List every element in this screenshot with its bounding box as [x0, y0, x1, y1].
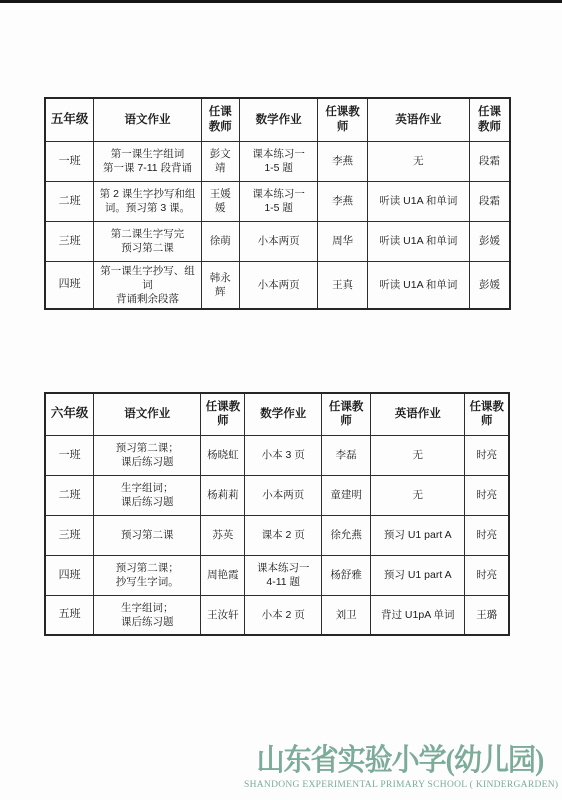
class-label-cell: 一班 — [45, 435, 94, 475]
teacher-cell: 韩永辉 — [201, 261, 239, 309]
math-homework-cell: 小本两页 — [245, 475, 322, 515]
teacher-cell: 童建明 — [322, 475, 371, 515]
grade-label-cell: 六年级 — [45, 393, 94, 435]
english-homework-cell: 无 — [371, 435, 465, 475]
teacher-cell: 李燕 — [318, 181, 367, 221]
teacher-cell: 时亮 — [465, 515, 509, 555]
teacher-cell: 段霜 — [470, 141, 511, 181]
header-cell: 任课 教师 — [470, 98, 511, 141]
teacher-cell: 李燕 — [318, 141, 367, 181]
class-label-cell: 二班 — [45, 475, 94, 515]
class-label-cell: 四班 — [45, 555, 94, 595]
chinese-homework-cell: 预习第二课； 课后练习题 — [94, 435, 201, 475]
header-cell: 语文作业 — [94, 393, 201, 435]
grade5-homework-table: 五年级 语文作业 任课 教师 数学作业 任课教 师 英语作业 任课 教师 一班 … — [44, 97, 511, 310]
chinese-homework-cell: 预习第二课 — [94, 515, 201, 555]
header-cell: 数学作业 — [245, 393, 322, 435]
table-row: 四班 第一课生字抄写、组词 背诵剩余段落 韩永辉 小本两页 王真 听读 U1A … — [45, 261, 510, 309]
table-row: 四班 预习第二课； 抄写生字词。 周艳霞 课本练习一 4-11 题 杨舒雅 预习… — [45, 555, 509, 595]
table-row: 二班 第 2 课生字抄写和组 词。预习第 3 课。 王媛媛 课本练习一 1-5 … — [45, 181, 510, 221]
teacher-cell: 李磊 — [322, 435, 371, 475]
english-homework-cell: 听读 U1A 和单词 — [367, 221, 469, 261]
header-cell: 英语作业 — [371, 393, 465, 435]
header-cell: 任课教 师 — [465, 393, 509, 435]
header-cell: 英语作业 — [367, 98, 469, 141]
chinese-homework-cell: 预习第二课； 抄写生字词。 — [94, 555, 201, 595]
english-homework-cell: 听读 U1A 和单词 — [367, 261, 469, 309]
class-label-cell: 五班 — [45, 595, 94, 635]
teacher-cell: 刘卫 — [322, 595, 371, 635]
school-logo: 山东省实验小学(幼儿园) SHANDONG EXPERIMENTAL PRIMA… — [244, 738, 556, 790]
english-homework-cell: 无 — [367, 141, 469, 181]
table-row: 一班 第一课生字组词 第一课 7-11 段背诵 彭文靖 课本练习一 1-5 题 … — [45, 141, 510, 181]
english-homework-cell: 听读 U1A 和单词 — [367, 181, 469, 221]
math-homework-cell: 小本 2 页 — [245, 595, 322, 635]
math-homework-cell: 课本 2 页 — [245, 515, 322, 555]
grade-label-cell: 五年级 — [45, 98, 94, 141]
header-cell: 数学作业 — [239, 98, 318, 141]
teacher-cell: 徐萌 — [201, 221, 239, 261]
math-homework-cell: 课本练习一 1-5 题 — [239, 141, 318, 181]
teacher-cell: 段霜 — [470, 181, 511, 221]
teacher-cell: 彭文靖 — [201, 141, 239, 181]
school-name-chinese: 山东省实验小学(幼儿园) — [244, 736, 556, 779]
english-homework-cell: 背过 U1pA 单词 — [371, 595, 465, 635]
english-homework-cell: 无 — [371, 475, 465, 515]
table-row: 五班 生字组词； 课后练习题 王汝轩 小本 2 页 刘卫 背过 U1pA 单词 … — [45, 595, 509, 635]
table-header-row: 六年级 语文作业 任课教 师 数学作业 任课教 师 英语作业 任课教 师 — [45, 393, 509, 435]
chinese-homework-cell: 第二课生字写完 预习第二课 — [94, 221, 201, 261]
class-label-cell: 三班 — [45, 515, 94, 555]
header-cell: 任课教 师 — [318, 98, 367, 141]
class-label-cell: 二班 — [45, 181, 94, 221]
table-row: 三班 第二课生字写完 预习第二课 徐萌 小本两页 周华 听读 U1A 和单词 彭… — [45, 221, 510, 261]
teacher-cell: 周华 — [318, 221, 367, 261]
top-border-bar — [0, 0, 562, 3]
teacher-cell: 彭媛 — [470, 221, 511, 261]
teacher-cell: 王璐 — [465, 595, 509, 635]
table-row: 一班 预习第二课； 课后练习题 杨晓虹 小本 3 页 李磊 无 时亮 — [45, 435, 509, 475]
header-cell: 任课教 师 — [322, 393, 371, 435]
math-homework-cell: 课本练习一 4-11 题 — [245, 555, 322, 595]
teacher-cell: 王真 — [318, 261, 367, 309]
chinese-homework-cell: 第一课生字抄写、组词 背诵剩余段落 — [94, 261, 201, 309]
teacher-cell: 杨莉莉 — [201, 475, 245, 515]
teacher-cell: 彭媛 — [470, 261, 511, 309]
math-homework-cell: 小本 3 页 — [245, 435, 322, 475]
scanned-homework-page: 五年级 语文作业 任课 教师 数学作业 任课教 师 英语作业 任课 教师 一班 … — [0, 0, 562, 800]
teacher-cell: 杨舒雅 — [322, 555, 371, 595]
header-cell: 任课教 师 — [201, 393, 245, 435]
class-label-cell: 一班 — [45, 141, 94, 181]
header-cell: 语文作业 — [94, 98, 201, 141]
math-homework-cell: 小本两页 — [239, 221, 318, 261]
chinese-homework-cell: 第 2 课生字抄写和组 词。预习第 3 课。 — [94, 181, 201, 221]
teacher-cell: 时亮 — [465, 475, 509, 515]
class-label-cell: 三班 — [45, 221, 94, 261]
table-header-row: 五年级 语文作业 任课 教师 数学作业 任课教 师 英语作业 任课 教师 — [45, 98, 510, 141]
teacher-cell: 王汝轩 — [201, 595, 245, 635]
math-homework-cell: 课本练习一 1-5 题 — [239, 181, 318, 221]
teacher-cell: 时亮 — [465, 555, 509, 595]
teacher-cell: 杨晓虹 — [201, 435, 245, 475]
header-cell: 任课 教师 — [201, 98, 239, 141]
teacher-cell: 苏英 — [201, 515, 245, 555]
teacher-cell: 徐允燕 — [322, 515, 371, 555]
class-label-cell: 四班 — [45, 261, 94, 309]
chinese-homework-cell: 第一课生字组词 第一课 7-11 段背诵 — [94, 141, 201, 181]
chinese-homework-cell: 生字组词； 课后练习题 — [94, 595, 201, 635]
teacher-cell: 王媛媛 — [201, 181, 239, 221]
english-homework-cell: 预习 U1 part A — [371, 515, 465, 555]
table-row: 二班 生字组词； 课后练习题 杨莉莉 小本两页 童建明 无 时亮 — [45, 475, 509, 515]
chinese-homework-cell: 生字组词； 课后练习题 — [94, 475, 201, 515]
english-homework-cell: 预习 U1 part A — [371, 555, 465, 595]
teacher-cell: 时亮 — [465, 435, 509, 475]
math-homework-cell: 小本两页 — [239, 261, 318, 309]
school-name-english: SHANDONG EXPERIMENTAL PRIMARY SCHOOL ( K… — [244, 780, 556, 790]
grade6-homework-table: 六年级 语文作业 任课教 师 数学作业 任课教 师 英语作业 任课教 师 一班 … — [44, 392, 510, 636]
teacher-cell: 周艳霞 — [201, 555, 245, 595]
table-row: 三班 预习第二课 苏英 课本 2 页 徐允燕 预习 U1 part A 时亮 — [45, 515, 509, 555]
